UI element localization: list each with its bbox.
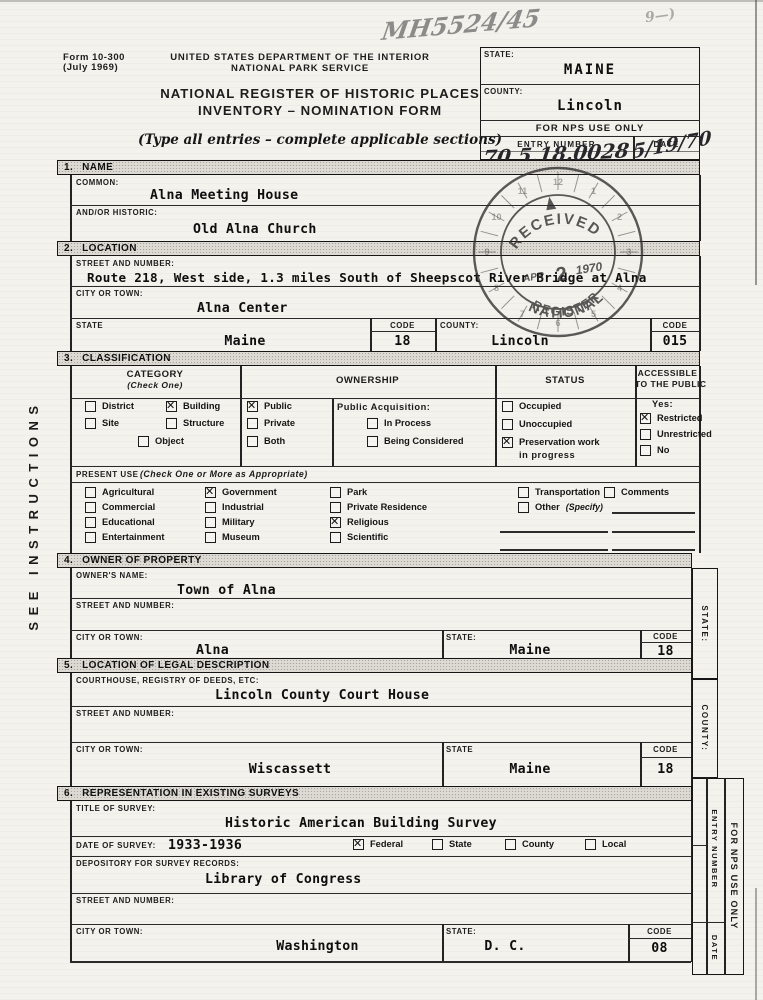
checkbox: [432, 839, 443, 850]
checkbox: [353, 839, 364, 850]
checkbox-label: Structure: [183, 418, 224, 428]
survey-date-label: DATE OF SURVEY:: [76, 841, 156, 850]
checkbox-label: District: [102, 401, 134, 411]
divider-line: [70, 836, 691, 837]
category-column-subtitle: (Check One): [70, 380, 240, 390]
checkbox-commercial: Commercial: [85, 502, 155, 513]
checkbox: [367, 418, 378, 429]
checkbox-museum: Museum: [205, 532, 260, 543]
divider-line: [435, 318, 437, 351]
checkbox-label: Industrial: [222, 502, 264, 512]
checkbox: [505, 839, 516, 850]
city-label: CITY OR TOWN:: [76, 745, 143, 754]
checkbox-religious: Religious: [330, 517, 389, 528]
checkbox: [502, 419, 513, 430]
checkbox-educational: Educational: [85, 517, 155, 528]
checkbox-label: Restricted: [657, 413, 702, 423]
city-value: Washington: [235, 939, 400, 954]
stamp-arrow-icon: [544, 196, 556, 210]
checkbox-label: Comments: [621, 487, 669, 497]
checkbox: [85, 418, 96, 429]
preservation-label2: in progress: [519, 450, 575, 460]
divider-line: [70, 673, 72, 786]
divider-line: [650, 331, 700, 332]
code-label: CODE: [628, 927, 691, 936]
svg-text:10: 10: [491, 212, 501, 222]
state-value: Maine: [150, 334, 340, 349]
form-revision: (July 1969): [63, 62, 118, 73]
section-number: 6.: [64, 788, 73, 799]
section-number: 3.: [64, 353, 73, 364]
owner-name-label: OWNER'S NAME:: [76, 571, 148, 580]
state-value: Maine: [445, 762, 615, 777]
checkbox-label: Both: [264, 436, 285, 446]
accessible-column-title: ACCESSIBLE: [635, 368, 700, 378]
blank-write-in-line: [612, 531, 695, 533]
courthouse-value: Lincoln County Court House: [215, 688, 429, 703]
county-value: Lincoln: [455, 334, 585, 349]
city-value: Wiscassett: [205, 762, 375, 777]
city-value: Alna Center: [197, 301, 288, 316]
survey-title-value: Historic American Building Survey: [225, 816, 497, 831]
survey-title-label: TITLE OF SURVEY:: [76, 804, 156, 813]
margin-nps-use-only-label: FOR NPS USE ONLY: [726, 816, 742, 936]
checkbox-no: No: [640, 445, 669, 456]
checkbox: [518, 502, 529, 513]
checkbox-label: Unrestricted: [657, 429, 712, 439]
checkbox: [330, 517, 341, 528]
checkbox-label: Object: [155, 436, 184, 446]
checkbox-label: In Process: [384, 418, 431, 428]
divider-line: [70, 598, 691, 599]
checkbox: [85, 487, 96, 498]
checkbox-label: Site: [102, 418, 119, 428]
checkbox-site: Site: [85, 418, 119, 429]
checkbox-label: Entertainment: [102, 532, 165, 542]
checkbox-label: Transportation: [535, 487, 600, 497]
checkbox-restricted: Restricted: [640, 413, 702, 424]
section-header-classification: 3.CLASSIFICATION: [57, 351, 700, 366]
divider-line: [70, 398, 700, 399]
divider-line: [70, 286, 700, 287]
type-instruction: (Type all entries – complete applicable …: [100, 132, 540, 148]
divider-line: [640, 757, 691, 758]
checkbox: [330, 502, 341, 513]
section-title: LOCATION OF LEGAL DESCRIPTION: [82, 660, 269, 671]
code-value: 18: [640, 644, 691, 659]
code-label: CODE: [640, 632, 691, 641]
checkbox: [205, 487, 216, 498]
handwritten-annotation: 9—): [644, 6, 676, 26]
checkbox-label: Government: [222, 487, 277, 497]
checkbox: [247, 418, 258, 429]
checkbox-in-process: In Process: [367, 418, 431, 429]
divider-line: [70, 318, 700, 319]
section-header-surveys: 6.REPRESENTATION IN EXISTING SURVEYS: [57, 786, 692, 801]
checkbox-building: Building: [166, 401, 220, 412]
section-title: LOCATION: [82, 243, 137, 254]
state-label: STATE: [76, 321, 103, 330]
handwritten-annotation: MH5524/45: [380, 3, 542, 46]
state-label: STATE:: [446, 633, 476, 642]
checkbox-label: Museum: [222, 532, 260, 542]
checkbox: [604, 487, 615, 498]
city-label: CITY OR TOWN:: [76, 927, 143, 936]
divider-line: [70, 482, 700, 483]
checkbox-label: Federal: [370, 839, 403, 849]
checkbox-entertainment: Entertainment: [85, 532, 165, 543]
checkbox-label: Unoccupied: [519, 419, 572, 429]
page-subtitle: INVENTORY – NOMINATION FORM: [110, 103, 530, 118]
checkbox-other: Other(Specify): [518, 502, 603, 513]
checkbox-label: Preservation work: [519, 437, 600, 447]
code-label: CODE: [640, 745, 691, 754]
checkbox-label: Educational: [102, 517, 155, 527]
checkbox-label: Private Residence: [347, 502, 427, 512]
checkbox-federal: Federal: [353, 839, 403, 850]
checkbox: [330, 487, 341, 498]
checkbox-government: Government: [205, 487, 277, 498]
county-label: COUNTY:: [440, 321, 479, 330]
survey-date-value: 1933-1936: [168, 838, 242, 853]
checkbox: [502, 437, 513, 448]
margin-county-label: COUNTY:: [696, 678, 714, 778]
accessible-column-title2: TO THE PUBLIC: [635, 379, 700, 389]
checkbox-county-survey: County: [505, 839, 554, 850]
margin-state-label: STATE:: [696, 574, 714, 674]
blank-write-in-line: [612, 512, 695, 514]
svg-text:12: 12: [553, 177, 563, 187]
street-label: STREET AND NUMBER:: [76, 259, 174, 268]
nomination-form-page: MH5524/45 9—) Form 10-300 (July 1969) UN…: [0, 0, 763, 1000]
nps-use-only-label: FOR NPS USE ONLY: [480, 123, 700, 134]
code-label: CODE: [650, 321, 700, 330]
checkbox-agricultural: Agricultural: [85, 487, 154, 498]
checkbox: [85, 502, 96, 513]
checkbox-unrestricted: Unrestricted: [640, 429, 712, 440]
scan-edge-line: [755, 0, 757, 285]
checkbox-private-residence: Private Residence: [330, 502, 427, 513]
divider-line: [692, 845, 706, 846]
section-number: 5.: [64, 660, 73, 671]
divider-line: [70, 630, 691, 631]
checkbox-both: Both: [247, 436, 285, 447]
divider-line: [699, 366, 701, 553]
divider-line: [70, 893, 691, 894]
checkbox-label: Being Considered: [384, 436, 464, 446]
checkbox-state-survey: State: [432, 839, 472, 850]
divider-line: [70, 366, 72, 553]
checkbox-label: Other: [535, 502, 560, 512]
checkbox: [367, 436, 378, 447]
category-column-title: CATEGORY: [70, 369, 240, 380]
checkbox-label: Scientific: [347, 532, 388, 542]
state-label: STATE: [446, 745, 473, 754]
street-label: STREET AND NUMBER:: [76, 601, 174, 610]
checkbox-label: Park: [347, 487, 367, 497]
divider-line: [70, 742, 691, 743]
checkbox: [85, 401, 96, 412]
checkbox-label: Military: [222, 517, 255, 527]
divider-line: [640, 642, 691, 643]
code-value: 08: [628, 941, 691, 956]
section-title: REPRESENTATION IN EXISTING SURVEYS: [82, 788, 299, 799]
city-label: CITY OR TOWN:: [76, 633, 143, 642]
section-number: 4.: [64, 555, 73, 566]
county-value: Lincoln: [480, 98, 700, 114]
blank-write-in-line: [500, 531, 608, 533]
checkbox: [138, 436, 149, 447]
checkbox-park: Park: [330, 487, 367, 498]
checkbox-label: Agricultural: [102, 487, 154, 497]
checkbox: [640, 413, 651, 424]
code-label: CODE: [370, 321, 435, 330]
checkbox-preservation: Preservation work: [502, 437, 600, 448]
depository-label: DEPOSITORY FOR SURVEY RECORDS:: [76, 859, 239, 868]
checkbox-local-survey: Local: [585, 839, 626, 850]
checkbox-label: Local: [602, 839, 626, 849]
see-instructions-label: SEE INSTRUCTIONS: [23, 355, 43, 675]
city-label: CITY OR TOWN:: [76, 289, 143, 298]
checkbox: [85, 517, 96, 528]
state-label: STATE:: [446, 927, 476, 936]
checkbox-label: County: [522, 839, 554, 849]
divider-line: [70, 801, 72, 962]
city-value: Alna: [130, 643, 295, 658]
common-name-label: COMMON:: [76, 178, 119, 187]
checkbox: [247, 436, 258, 447]
divider-line: [480, 120, 700, 121]
checkbox: [247, 401, 258, 412]
checkbox: [166, 401, 177, 412]
courthouse-label: COURTHOUSE, REGISTRY OF DEEDS, ETC:: [76, 676, 259, 685]
divider-line: [70, 924, 691, 925]
other-specify-note: (Specify): [566, 502, 603, 512]
checkbox-private: Private: [247, 418, 295, 429]
divider-line: [370, 331, 435, 332]
street-label: STREET AND NUMBER:: [76, 709, 174, 718]
scan-edge-line: [0, 0, 763, 2]
divider-line: [70, 961, 691, 963]
historic-name-value: Old Alna Church: [193, 222, 317, 237]
code-value: 18: [640, 762, 691, 777]
divider-line: [699, 175, 701, 241]
checkbox: [205, 502, 216, 513]
section-header-location: 2.LOCATION: [57, 241, 700, 256]
svg-text:1: 1: [591, 186, 596, 196]
common-name-value: Alna Meeting House: [150, 188, 298, 203]
street-label: STREET AND NUMBER:: [76, 896, 174, 905]
checkbox-label: Religious: [347, 517, 389, 527]
section-title: NAME: [82, 162, 113, 173]
divider-line: [70, 568, 72, 658]
checkbox-label: Public: [264, 401, 292, 411]
checkbox-occupied: Occupied: [502, 401, 561, 412]
county-code-value: 015: [650, 334, 700, 349]
divider-line: [480, 84, 700, 85]
divider-line: [70, 205, 700, 206]
section-title: CLASSIFICATION: [82, 353, 171, 364]
checkbox: [205, 532, 216, 543]
checkbox-industrial: Industrial: [205, 502, 264, 513]
checkbox: [502, 401, 513, 412]
divider-line: [70, 175, 72, 241]
svg-text:11: 11: [518, 186, 528, 196]
checkbox-label: Private: [264, 418, 295, 428]
divider-line: [628, 938, 691, 939]
checkbox-military: Military: [205, 517, 255, 528]
divider-line: [70, 706, 691, 707]
checkbox-structure: Structure: [166, 418, 224, 429]
checkbox-label: Commercial: [102, 502, 155, 512]
depository-value: Library of Congress: [205, 872, 362, 887]
checkbox-being-considered: Being Considered: [367, 436, 464, 447]
divider-line: [332, 398, 334, 466]
section-number: 2.: [64, 243, 73, 254]
blank-write-in-line: [612, 549, 695, 551]
checkbox-label: No: [657, 445, 669, 455]
checkbox-object: Object: [138, 436, 184, 447]
present-use-note: (Check One or More as Appropriate): [140, 469, 308, 479]
divider-line: [442, 630, 444, 658]
divider-line: [70, 466, 700, 467]
section-title: OWNER OF PROPERTY: [82, 555, 202, 566]
state-value: D. C.: [425, 939, 585, 954]
checkbox-label: Building: [183, 401, 220, 411]
street-value: Route 218, West side, 1.3 miles South of…: [87, 270, 647, 285]
state-value: Maine: [445, 643, 615, 658]
state-code-value: 18: [370, 334, 435, 349]
checkbox: [330, 532, 341, 543]
checkbox: [518, 487, 529, 498]
checkbox-district: District: [85, 401, 134, 412]
checkbox-comments: Comments: [604, 487, 669, 498]
section-header-legal: 5.LOCATION OF LEGAL DESCRIPTION: [57, 658, 692, 673]
checkbox-unoccupied: Unoccupied: [502, 419, 572, 430]
department-line: UNITED STATES DEPARTMENT OF THE INTERIOR: [130, 52, 470, 63]
historic-name-label: AND/OR HISTORIC:: [76, 208, 157, 217]
scan-edge-line: [755, 888, 757, 1000]
status-column-title: STATUS: [495, 375, 635, 386]
agency-line: NATIONAL PARK SERVICE: [130, 63, 470, 74]
state-value: MAINE: [480, 62, 700, 78]
svg-text:2: 2: [617, 212, 622, 222]
checkbox-public: Public: [247, 401, 292, 412]
checkbox: [585, 839, 596, 850]
checkbox-scientific: Scientific: [330, 532, 388, 543]
county-label: COUNTY:: [484, 87, 523, 96]
checkbox-transportation: Transportation: [518, 487, 600, 498]
divider-line: [70, 256, 72, 351]
checkbox: [205, 517, 216, 528]
state-label: STATE:: [484, 50, 514, 59]
stamp-national-text: NATIONAL: [524, 287, 608, 326]
acquisition-label: Public Acquisition:: [337, 402, 430, 412]
checkbox: [640, 445, 651, 456]
present-use-label: PRESENT USE: [76, 470, 139, 479]
checkbox: [166, 418, 177, 429]
yes-label: Yes:: [652, 399, 673, 409]
checkbox-label: State: [449, 839, 472, 849]
svg-text:NATIONAL: NATIONAL: [524, 287, 608, 326]
divider-line: [70, 856, 691, 857]
section-header-owner: 4.OWNER OF PROPERTY: [57, 553, 692, 568]
checkbox: [640, 429, 651, 440]
svg-text:6: 6: [555, 318, 560, 328]
section-header-name: 1.NAME: [57, 160, 700, 175]
page-title: NATIONAL REGISTER OF HISTORIC PLACES: [110, 86, 530, 101]
blank-write-in-line: [500, 549, 608, 551]
checkbox-label: Occupied: [519, 401, 561, 411]
section-number: 1.: [64, 162, 73, 173]
ownership-column-title: OWNERSHIP: [240, 375, 495, 386]
checkbox: [85, 532, 96, 543]
margin-entry-number-label: ENTRY NUMBER: [707, 789, 723, 909]
owner-name-value: Town of Alna: [177, 583, 276, 598]
divider-line: [442, 742, 444, 786]
margin-date-label: DATE: [707, 918, 723, 978]
